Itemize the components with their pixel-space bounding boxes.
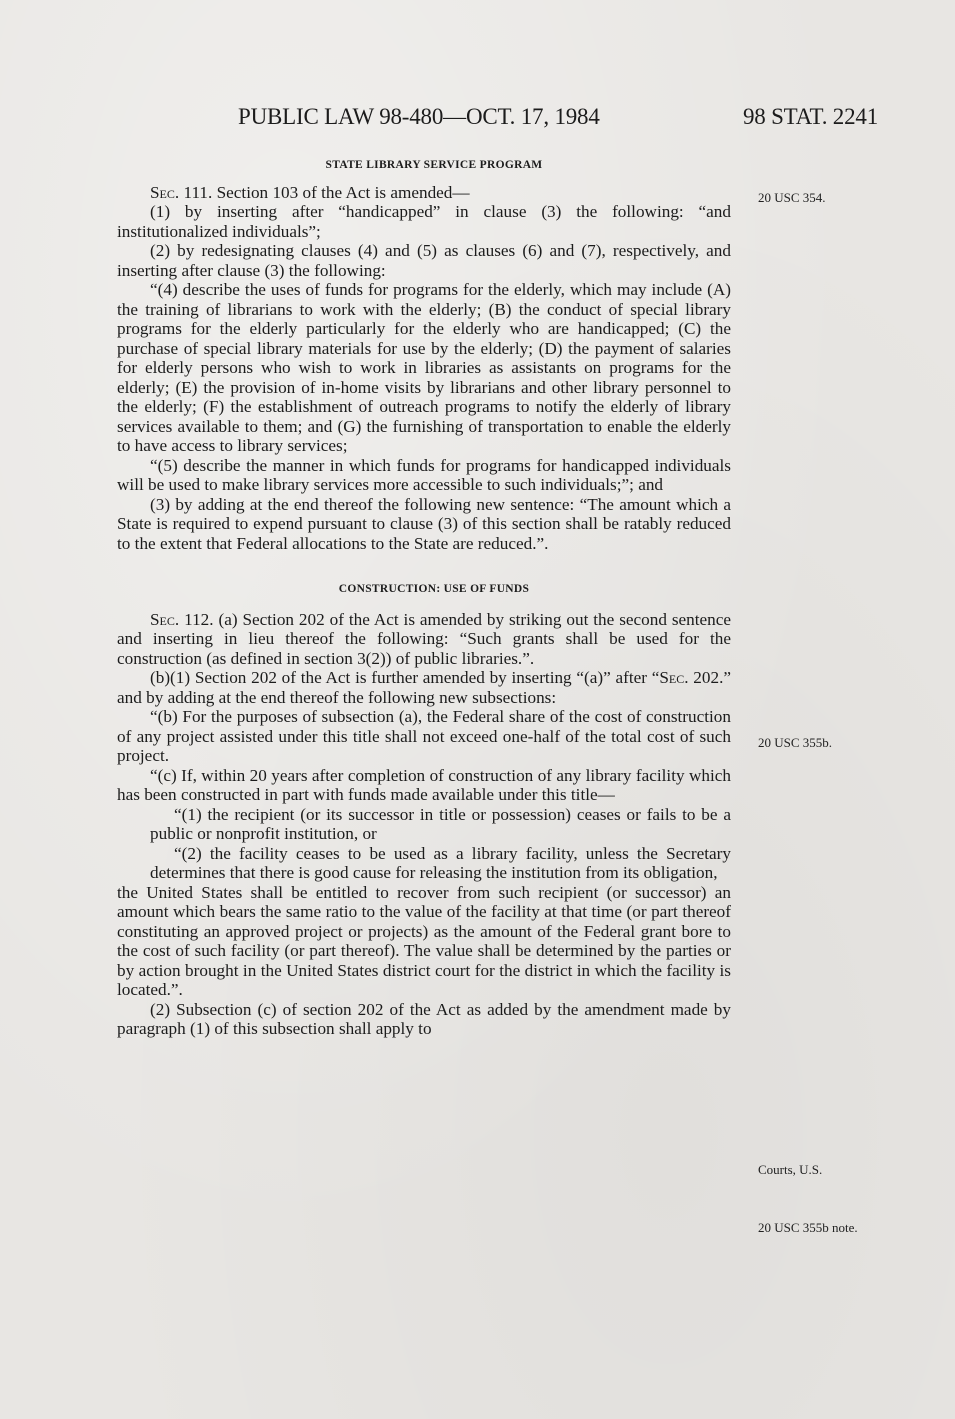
subsection-b: “(b) For the purposes of subsection (a),… [117, 707, 731, 766]
subsection-c-1: “(1) the recipient (or its successor in … [117, 805, 731, 844]
subsection-c: “(c) If, within 20 years after completio… [117, 766, 731, 805]
public-law-citation: PUBLIC LAW 98-480—OCT. 17, 1984 [238, 104, 600, 130]
subsection-c-tail: the United States shall be entitled to r… [117, 883, 731, 1000]
section-112-lead: Sec. 112. (a) Section 202 of the Act is … [117, 610, 731, 669]
paragraph-b1: (b)(1) Section 202 of the Act is further… [117, 668, 731, 707]
margin-note-courts: Courts, U.S. [758, 1162, 822, 1177]
section-heading-state-library: STATE LIBRARY SERVICE PROGRAM [117, 156, 731, 176]
margin-note-usc-355b: 20 USC 355b. [758, 735, 832, 750]
paragraph: (3) by adding at the end thereof the fol… [117, 495, 731, 554]
margin-note-usc-355b-note: 20 USC 355b note. [758, 1220, 858, 1235]
paragraph-b2: (2) Subsection (c) of section 202 of the… [117, 1000, 731, 1039]
margin-note-usc-354: 20 USC 354. [758, 190, 826, 205]
statute-page-number: 98 STAT. 2241 [743, 104, 878, 130]
section-111-lead: Sec. 111. Section 103 of the Act is amen… [117, 183, 731, 203]
paragraph: (2) by redesignating clauses (4) and (5)… [117, 241, 731, 280]
document-body: STATE LIBRARY SERVICE PROGRAM Sec. 111. … [117, 156, 731, 1039]
subsection-c-2: “(2) the facility ceases to be used as a… [117, 844, 731, 883]
section-heading-construction: CONSTRUCTION: USE OF FUNDS [117, 580, 731, 600]
paragraph: “(4) describe the uses of funds for prog… [117, 280, 731, 456]
paragraph: “(5) describe the manner in which funds … [117, 456, 731, 495]
paragraph: (1) by inserting after “handicapped” in … [117, 202, 731, 241]
document-page: PUBLIC LAW 98-480—OCT. 17, 1984 98 STAT.… [0, 0, 955, 1419]
